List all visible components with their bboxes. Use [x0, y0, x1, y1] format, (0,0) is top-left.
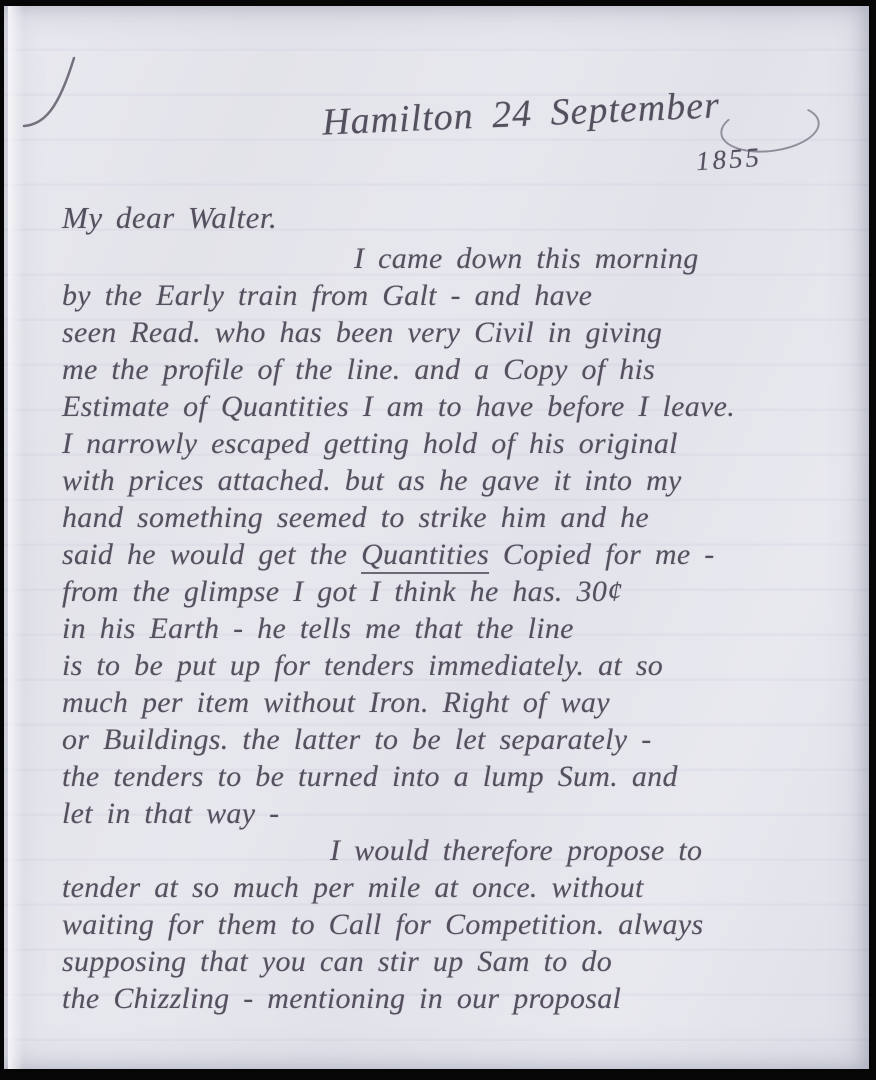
line-text: by the Early train from Galt - and have: [62, 279, 592, 312]
letter-line: much per item without Iron. Right of way: [62, 684, 843, 721]
line-text: much per item without Iron. Right of way: [62, 686, 610, 719]
line-text: said he would get the: [62, 538, 361, 571]
line-text: Estimate of Quantities I am to have befo…: [62, 390, 735, 423]
letter-line: tender at so much per mile at once. with…: [62, 869, 843, 906]
dateline-year: 1855: [695, 142, 763, 178]
line-text: waiting for them to Call for Competition…: [62, 908, 703, 941]
letter-body: I came down this morningby the Early tra…: [62, 240, 843, 1017]
letter-line: Estimate of Quantities I am to have befo…: [62, 388, 843, 425]
letter-line: waiting for them to Call for Competition…: [62, 906, 843, 943]
letter-line: the tenders to be turned into a lump Sum…: [62, 758, 843, 795]
line-text: Copied for me -: [489, 538, 714, 571]
letter-line: supposing that you can stir up Sam to do: [62, 943, 843, 980]
scan-frame: Hamilton 24 September 1855 My dear Walte…: [0, 0, 876, 1080]
letter-line: in his Earth - he tells me that the line: [62, 610, 843, 647]
paper-edge: [8, 6, 24, 1069]
line-text: in his Earth - he tells me that the line: [62, 612, 574, 645]
letter-line: I would therefore propose to: [62, 832, 843, 869]
line-text: seen Read. who has been very Civil in gi…: [62, 316, 662, 349]
letter-line: I came down this morning: [62, 240, 843, 277]
line-text: I would therefore propose to: [330, 834, 702, 867]
line-text: is to be put up for tenders immediately.…: [62, 649, 663, 682]
letter-line: or Buildings. the latter to be let separ…: [62, 721, 843, 758]
letter-line: I narrowly escaped getting hold of his o…: [62, 425, 843, 462]
letter-line: is to be put up for tenders immediately.…: [62, 647, 843, 684]
line-text: I narrowly escaped getting hold of his o…: [62, 427, 678, 460]
line-text: hand something seemed to strike him and …: [62, 501, 649, 534]
letter-line: me the profile of the line. and a Copy o…: [62, 351, 843, 388]
line-text: with prices attached. but as he gave it …: [62, 464, 682, 497]
line-text: tender at so much per mile at once. with…: [62, 871, 644, 904]
line-text: I came down this morning: [354, 242, 699, 275]
line-text: me the profile of the line. and a Copy o…: [62, 353, 655, 386]
line-text: let in that way -: [62, 797, 279, 830]
letter-line: hand something seemed to strike him and …: [62, 499, 843, 536]
salutation: My dear Walter.: [62, 200, 277, 236]
line-text: from the glimpse I got I think he has. 3…: [62, 575, 622, 608]
line-text: supposing that you can stir up Sam to do: [62, 945, 612, 978]
letter-line: seen Read. who has been very Civil in gi…: [62, 314, 843, 351]
letter-line: let in that way -: [62, 795, 843, 832]
letter-page: Hamilton 24 September 1855 My dear Walte…: [4, 6, 869, 1069]
pen-stroke-icon: [18, 48, 98, 138]
line-text: or Buildings. the latter to be let separ…: [62, 723, 652, 756]
line-text: the Chizzling - mentioning in our propos…: [62, 982, 621, 1015]
letter-line: from the glimpse I got I think he has. 3…: [62, 573, 843, 610]
underlined-word: Quantities: [361, 538, 489, 574]
letter-line: said he would get the Quantities Copied …: [62, 536, 843, 573]
letter-line: by the Early train from Galt - and have: [62, 277, 843, 314]
line-text: the tenders to be turned into a lump Sum…: [62, 760, 678, 793]
letter-line: with prices attached. but as he gave it …: [62, 462, 843, 499]
letter-line: the Chizzling - mentioning in our propos…: [62, 980, 843, 1017]
dateline: Hamilton 24 September: [321, 83, 720, 144]
